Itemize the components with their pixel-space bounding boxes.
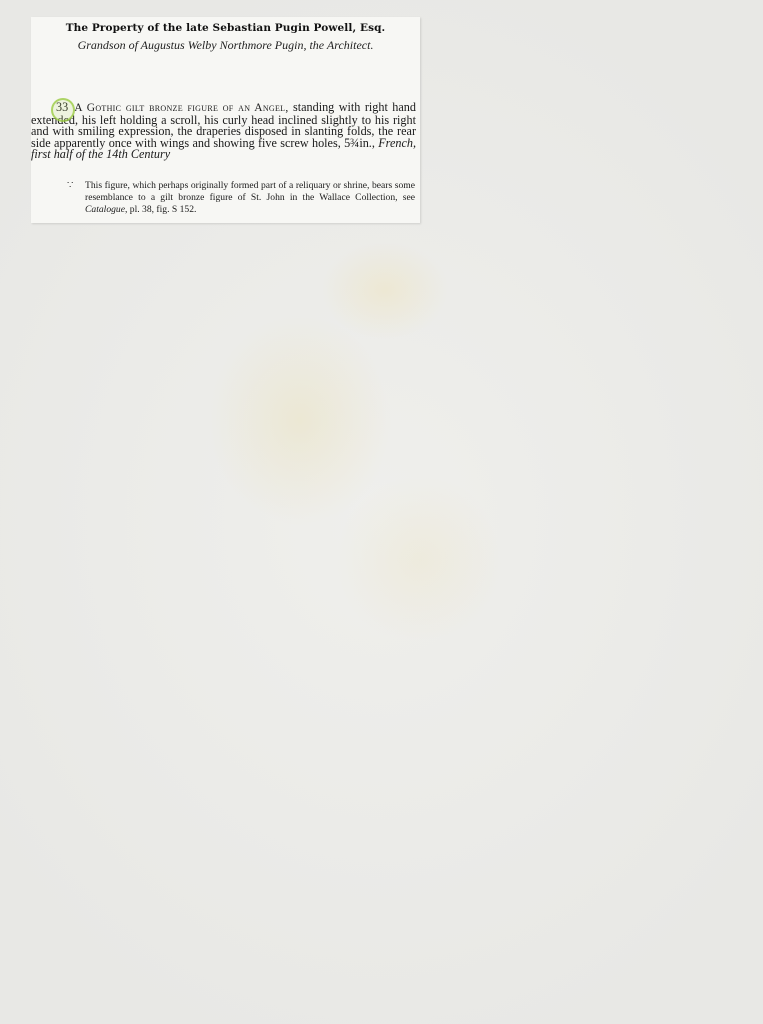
catalogue-clipping: The Property of the late Sebastian Pugin… — [31, 17, 420, 223]
note-text: This figure, which perhaps originally fo… — [85, 180, 415, 203]
lot-description: 33A Gothic gilt bronze figure of an Ange… — [31, 102, 416, 161]
lot-number: 33 — [54, 102, 70, 114]
lot-note: This figure, which perhaps originally fo… — [85, 180, 415, 216]
provenance-subheading: Grandson of Augustus Welby Northmore Pug… — [31, 38, 420, 53]
provenance-heading: The Property of the late Sebastian Pugin… — [31, 22, 420, 34]
album-page: The Property of the late Sebastian Pugin… — [0, 0, 763, 1024]
note-reference: , pl. 38, fig. S 152. — [125, 204, 196, 215]
lot-size: 5¾in., — [344, 136, 375, 150]
note-ornament-icon: ∵ — [67, 180, 73, 191]
lot-century: 14th Century — [103, 147, 170, 161]
note-catalogue: Catalogue — [85, 204, 125, 215]
